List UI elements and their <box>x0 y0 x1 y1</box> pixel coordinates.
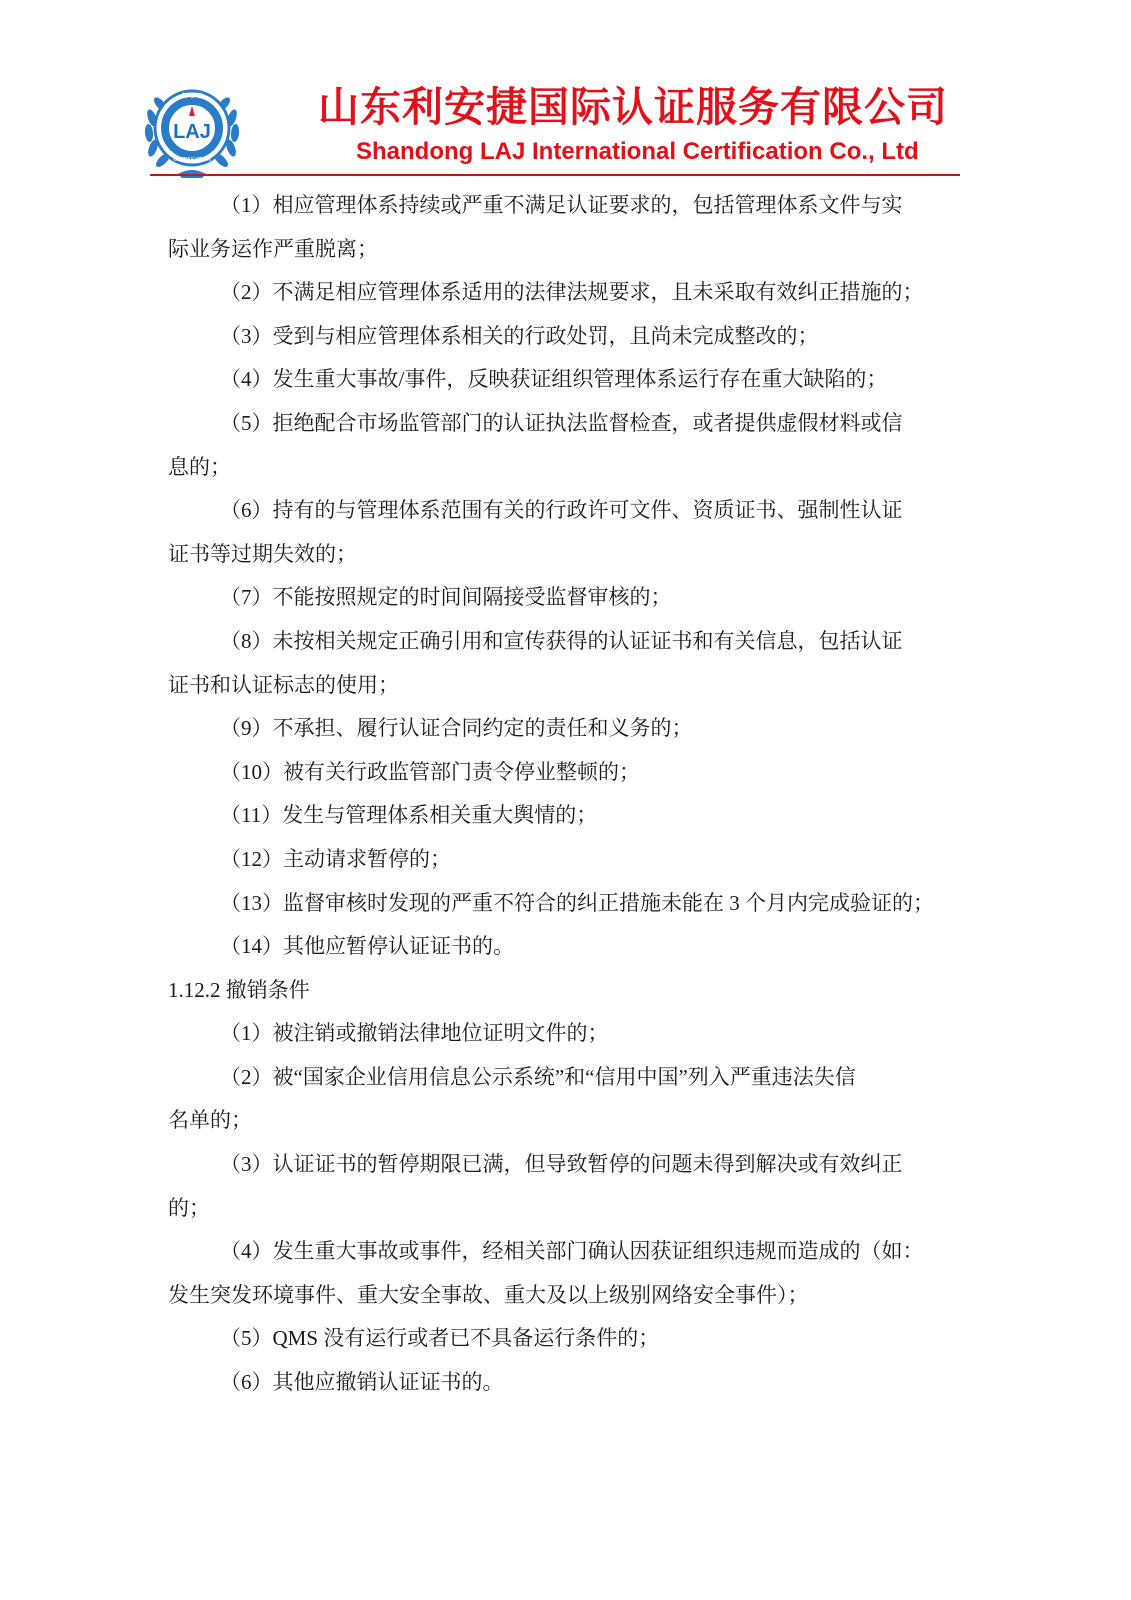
list-item-line: 证书和认证标志的使用； <box>168 664 958 708</box>
section-heading-revocation: 1.12.2 撤销条件 <box>168 969 958 1013</box>
laj-certification-emblem-icon: 利 安 捷 CERTIFICATION LAJ <box>138 78 246 178</box>
revocation-list: （1）被注销或撤销法律地位证明文件的； （2）被“国家企业信用信息公示系统”和“… <box>168 1012 958 1404</box>
list-item-line: （14）其他应暂停认证证书的。 <box>168 925 958 969</box>
list-item-line: （13）监督审核时发现的严重不符合的纠正措施未能在 3 个月内完成验证的； <box>168 882 958 926</box>
letterhead: 利 安 捷 CERTIFICATION LAJ 山东利安捷国际认证服务有限公司 … <box>0 0 1131 180</box>
list-item-line: （8）未按相关规定正确引用和宣传获得的认证证书和有关信息，包括认证 <box>168 620 958 664</box>
svg-text:CERTIFICATION: CERTIFICATION <box>173 157 211 163</box>
list-item-line: （3）受到与相应管理体系相关的行政处罚，且尚未完成整改的； <box>168 315 958 359</box>
list-item-line: （6）持有的与管理体系范围有关的行政许可文件、资质证书、强制性认证 <box>168 489 958 533</box>
list-item-line: （9）不承担、履行认证合同约定的责任和义务的； <box>168 707 958 751</box>
svg-text:LAJ: LAJ <box>173 121 211 143</box>
list-item-line: （2）被“国家企业信用信息公示系统”和“信用中国”列入严重违法失信 <box>168 1056 958 1100</box>
company-name-en: Shandong LAJ International Certification… <box>356 137 919 167</box>
list-item-line: （1）被注销或撤销法律地位证明文件的； <box>168 1012 958 1056</box>
list-item-line: （5）拒绝配合市场监管部门的认证执法监督检查，或者提供虚假材料或信 <box>168 402 958 446</box>
list-item-line: 证书等过期失效的； <box>168 533 958 577</box>
list-item-line: 名单的； <box>168 1099 958 1143</box>
list-item-line: （2）不满足相应管理体系适用的法律法规要求，且未采取有效纠正措施的； <box>168 271 958 315</box>
list-item-line: （11）发生与管理体系相关重大舆情的； <box>168 794 958 838</box>
list-item-line: （3）认证证书的暂停期限已满，但导致暂停的问题未得到解决或有效纠正 <box>168 1143 958 1187</box>
list-item-line: （7）不能按照规定的时间间隔接受监督审核的； <box>168 576 958 620</box>
list-item-line: （4）发生重大事故或事件，经相关部门确认因获证组织违规而造成的（如： <box>168 1230 958 1274</box>
document-body: （1）相应管理体系持续或严重不满足认证要求的，包括管理体系文件与实 际业务运作严… <box>168 184 958 1405</box>
list-item-line: 息的； <box>168 446 958 490</box>
list-item-line: 发生突发环境事件、重大安全事故、重大及以上级别网络安全事件）； <box>168 1274 958 1318</box>
list-item-line: （4）发生重大事故/事件，反映获证组织管理体系运行存在重大缺陷的； <box>168 358 958 402</box>
list-item-line: 的； <box>168 1187 958 1231</box>
suspension-list: （1）相应管理体系持续或严重不满足认证要求的，包括管理体系文件与实 际业务运作严… <box>168 184 958 969</box>
list-item-line: （1）相应管理体系持续或严重不满足认证要求的，包括管理体系文件与实 <box>168 184 958 228</box>
svg-text:利 安 捷: 利 安 捷 <box>181 92 203 100</box>
list-item-line: 际业务运作严重脱离； <box>168 228 958 272</box>
company-name-cn: 山东利安捷国际认证服务有限公司 <box>318 82 948 132</box>
list-item-line: （5）QMS 没有运行或者已不具备运行条件的； <box>168 1317 958 1361</box>
list-item-line: （10）被有关行政监管部门责令停业整顿的； <box>168 751 958 795</box>
list-item-line: （12）主动请求暂停的； <box>168 838 958 882</box>
list-item-line: （6）其他应撤销认证证书的。 <box>168 1361 958 1405</box>
header-divider <box>150 174 960 176</box>
